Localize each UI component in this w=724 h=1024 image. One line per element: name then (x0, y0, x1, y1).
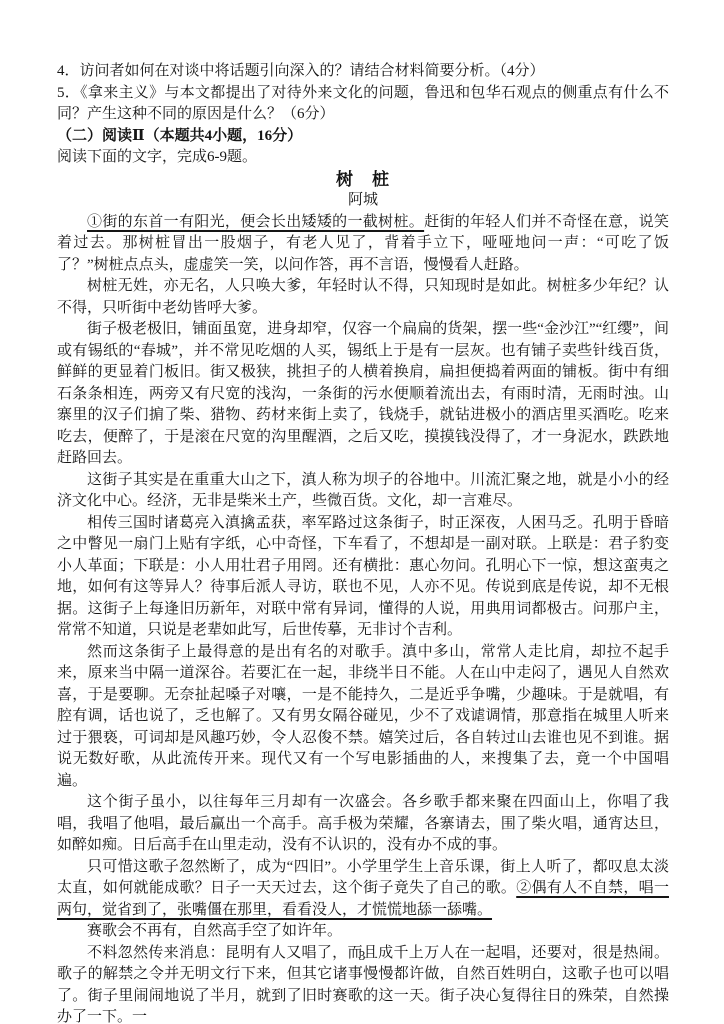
article-title: 树 桩 (57, 169, 669, 191)
article-paragraph-5: 相传三国时诸葛亮入滇擒孟获，率军路过这条街子，时正深夜，人困马乏。孔明于昏暗之中… (57, 513, 669, 642)
article-paragraph-4: 这街子其实是在重重大山之下，滇人称为坝子的谷地中。川流汇聚之地，就是小小的经济文… (57, 470, 669, 513)
underlined-passage-1: ①街的东首一有阳光，便会长出矮矮的一截树桩。 (87, 214, 424, 230)
article-author: 阿城 (57, 190, 669, 212)
article-paragraph-2: 树桩无姓，亦无名，人只唤大爹，年轻时认不得，只知现时是如此。树桩多少年纪？认不得… (57, 276, 669, 319)
question-4: 4．访问者如何在对谈中将话题引向深入的？请结合材料简要分析。（4分） (57, 61, 669, 83)
article-paragraph-9: 赛歌会不再有，自然高手空了如许年。 (57, 921, 669, 943)
paragraph-text: 树桩无姓，亦无名，人只唤大爹，年轻时认不得，只知现时是如此。树桩多少年纪？认不得… (57, 278, 669, 316)
reading-instruction: 阅读下面的文字，完成6-9题。 (57, 147, 669, 169)
question-5: 5．《拿来主义》与本文都提出了对待外来文化的问题，鲁迅和包华石观点的侧重点有什么… (57, 83, 669, 126)
section-heading: （二）阅读Ⅱ（本题共4小题，16分） (57, 126, 669, 148)
exam-paper-page: 4．访问者如何在对谈中将话题引向深入的？请结合材料简要分析。（4分） 5．《拿来… (0, 0, 724, 1024)
paragraph-text: 相传三国时诸葛亮入滇擒孟获，率军路过这条街子，时正深夜，人困马乏。孔明于昏暗之中… (57, 515, 669, 639)
article-paragraph-3: 街子极老极旧，铺面虽宽，进身却窄，仅容一个扁扁的货架，摆一些“金沙江”“红缨”，… (57, 319, 669, 470)
paragraph-text: 街子极老极旧，铺面虽宽，进身却窄，仅容一个扁扁的货架，摆一些“金沙江”“红缨”，… (57, 321, 669, 466)
article-paragraph-7: 这个街子虽小，以往每年三月却有一次盛会。各乡歌手都来聚在四面山上，你唱了我唱，我… (57, 792, 669, 857)
paragraph-text: 这个街子虽小，以往每年三月却有一次盛会。各乡歌手都来聚在四面山上，你唱了我唱，我… (57, 794, 669, 853)
page-content: 4．访问者如何在对谈中将话题引向深入的？请结合材料简要分析。（4分） 5．《拿来… (57, 61, 669, 1024)
paragraph-text: 赛歌会不再有，自然高手空了如许年。 (87, 923, 342, 939)
page-number: 3 (0, 948, 724, 964)
paragraph-text: 然而这条街子上最得意的是出有名的对歌手。滇中多山，常常人走比肩，却拉不起手来，原… (57, 644, 669, 789)
paragraph-text: 这街子其实是在重重大山之下，滇人称为坝子的谷地中。川流汇聚之地，就是小小的经济文… (57, 472, 669, 510)
article-paragraph-1: ①街的东首一有阳光，便会长出矮矮的一截树桩。赶街的年轻人们并不奇怪在意，说笑着过… (57, 212, 669, 277)
article-paragraph-8: 只可惜这歌子忽然断了，成为“四旧”。小学里学生上音乐课，街上人听了，都叹息太淡太… (57, 857, 669, 922)
article-paragraph-6: 然而这条街子上最得意的是出有名的对歌手。滇中多山，常常人走比肩，却拉不起手来，原… (57, 642, 669, 793)
